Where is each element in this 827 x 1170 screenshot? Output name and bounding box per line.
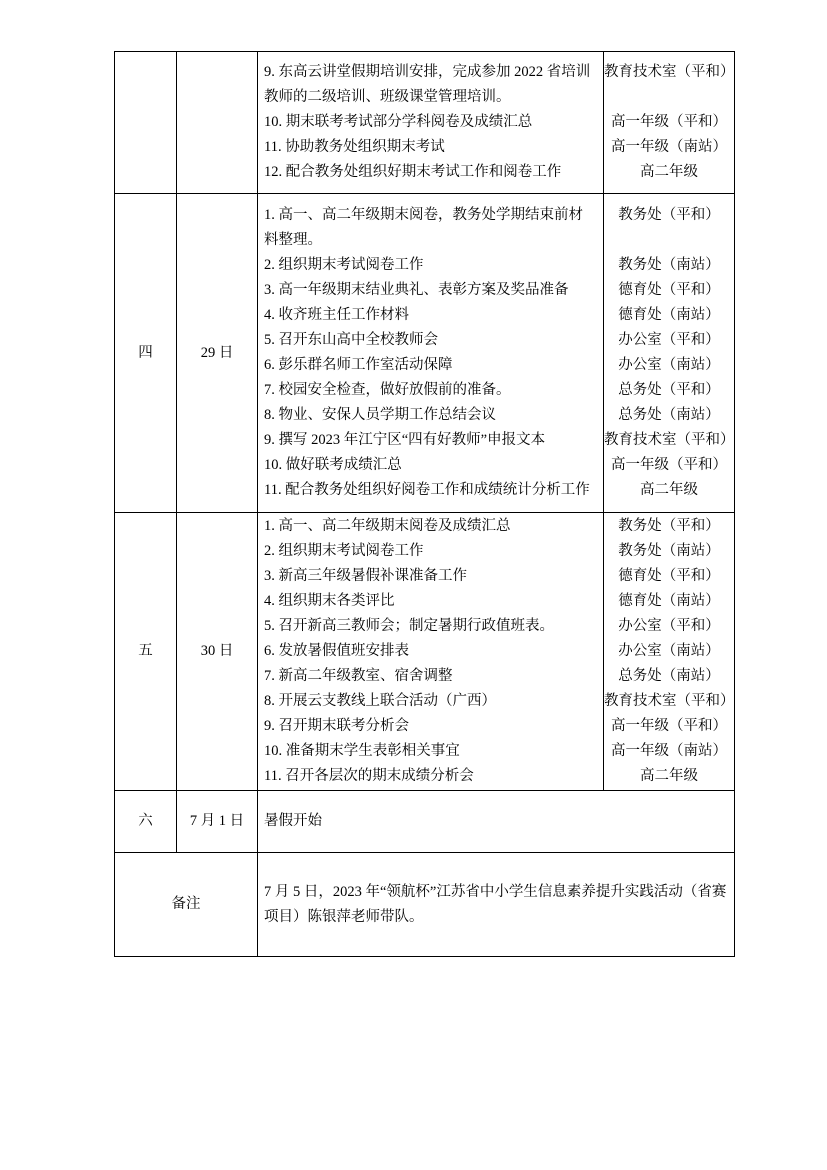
task-text: 11. 协助教务处组织期末考试 — [258, 135, 603, 160]
task-item: 1. 高一、高二年级期末阅卷及成绩汇总教务处（平和） — [258, 514, 734, 539]
department-text: 办公室（南站） — [604, 353, 734, 378]
task-text: 6. 彭乐群名师工作室活动保障 — [258, 353, 603, 378]
task-text: 9. 召开期末联考分析会 — [258, 714, 603, 739]
department-text: 教务处（南站） — [604, 253, 734, 278]
task-text: 7. 新高二年级教室、宿舍调整 — [258, 664, 603, 689]
task-item: 8. 开展云支教线上联合活动（广西）教育技术室（平和） — [258, 689, 734, 714]
task-text: 11. 召开各层次的期末成绩分析会 — [258, 764, 603, 789]
department-text: 高一年级（平和） — [604, 110, 734, 135]
task-text: 4. 收齐班主任工作材料 — [258, 303, 603, 328]
task-text: 8. 开展云支教线上联合活动（广西） — [258, 689, 603, 714]
department-text: 办公室（南站） — [604, 639, 734, 664]
task-list: 9. 东高云讲堂假期培训安排，完成参加 2022 省培训教师的二级培训、班级课堂… — [258, 52, 734, 193]
date-label: 7 月 1 日 — [190, 809, 244, 834]
table-row-remarks: 备注 7 月 5 日，2023 年“领航杯”江苏省中小学生信息素养提升实践活动（… — [115, 853, 734, 956]
department-text: 德育处（平和） — [604, 278, 734, 303]
task-text: 5. 召开东山高中全校教师会 — [258, 328, 603, 353]
department-text: 高一年级（平和） — [604, 453, 734, 478]
date-label: 30 日 — [201, 639, 234, 664]
task-text: 3. 新高三年级暑假补课准备工作 — [258, 564, 603, 589]
task-item: 8. 物业、安保人员学期工作总结会议总务处（南站） — [258, 403, 734, 428]
task-item: 2. 组织期末考试阅卷工作教务处（南站） — [258, 253, 734, 278]
task-text: 12. 配合教务处组织好期末考试工作和阅卷工作 — [258, 160, 603, 185]
task-text: 9. 东高云讲堂假期培训安排，完成参加 2022 省培训教师的二级培训、班级课堂… — [258, 60, 603, 110]
tasks-depts-cell: 9. 东高云讲堂假期培训安排，完成参加 2022 省培训教师的二级培训、班级课堂… — [258, 52, 734, 193]
work-schedule-table: 9. 东高云讲堂假期培训安排，完成参加 2022 省培训教师的二级培训、班级课堂… — [114, 51, 735, 957]
department-text: 教务处（南站） — [604, 539, 734, 564]
task-item: 7. 新高二年级教室、宿舍调整总务处（南站） — [258, 664, 734, 689]
document-page: 9. 东高云讲堂假期培训安排，完成参加 2022 省培训教师的二级培训、班级课堂… — [0, 0, 827, 1170]
department-text: 高一年级（南站） — [604, 739, 734, 764]
department-text: 教务处（平和） — [604, 514, 734, 539]
department-text: 高二年级 — [604, 764, 734, 789]
task-item: 3. 新高三年级暑假补课准备工作德育处（平和） — [258, 564, 734, 589]
remarks-label-cell: 备注 — [115, 853, 258, 956]
task-text: 2. 组织期末考试阅卷工作 — [258, 253, 603, 278]
vacation-start-text: 暑假开始 — [258, 791, 734, 852]
department-text: 德育处（南站） — [604, 589, 734, 614]
task-text: 5. 召开新高三教师会；制定暑期行政值班表。 — [258, 614, 603, 639]
task-text: 10. 做好联考成绩汇总 — [258, 453, 603, 478]
task-item: 11. 协助教务处组织期末考试高一年级（南站） — [258, 135, 734, 160]
table-row: 五 30 日 1. 高一、高二年级期末阅卷及成绩汇总教务处（平和）2. 组织期末… — [115, 513, 734, 791]
task-item: 3. 高一年级期末结业典礼、表彰方案及奖品准备德育处（平和） — [258, 278, 734, 303]
task-item: 9. 召开期末联考分析会高一年级（平和） — [258, 714, 734, 739]
task-list: 1. 高一、高二年级期末阅卷及成绩汇总教务处（平和）2. 组织期末考试阅卷工作教… — [258, 513, 734, 790]
task-item: 4. 组织期末各类评比德育处（南站） — [258, 589, 734, 614]
task-item: 10. 期末联考考试部分学科阅卷及成绩汇总高一年级（平和） — [258, 110, 734, 135]
department-text: 教育技术室（平和） — [604, 689, 734, 714]
task-text: 8. 物业、安保人员学期工作总结会议 — [258, 403, 603, 428]
day-label: 五 — [138, 639, 153, 664]
department-text: 教育技术室（平和） — [604, 428, 734, 453]
task-item: 11. 配合教务处组织好阅卷工作和成绩统计分析工作高二年级 — [258, 478, 734, 503]
task-item: 9. 东高云讲堂假期培训安排，完成参加 2022 省培训教师的二级培训、班级课堂… — [258, 60, 734, 110]
task-item: 5. 召开新高三教师会；制定暑期行政值班表。办公室（平和） — [258, 614, 734, 639]
day-cell — [115, 52, 177, 193]
department-text: 总务处（南站） — [604, 403, 734, 428]
task-item: 10. 做好联考成绩汇总高一年级（平和） — [258, 453, 734, 478]
tasks-depts-cell: 1. 高一、高二年级期末阅卷及成绩汇总教务处（平和）2. 组织期末考试阅卷工作教… — [258, 513, 734, 790]
date-label: 29 日 — [201, 341, 234, 366]
task-text: 2. 组织期末考试阅卷工作 — [258, 539, 603, 564]
remarks-label: 备注 — [172, 892, 201, 917]
department-text: 高二年级 — [604, 478, 734, 503]
task-text: 9. 撰写 2023 年江宁区“四有好教师”申报文本 — [258, 428, 603, 453]
day-cell: 六 — [115, 791, 177, 852]
task-text: 6. 发放暑假值班安排表 — [258, 639, 603, 664]
department-text: 高一年级（南站） — [604, 135, 734, 160]
task-item: 9. 撰写 2023 年江宁区“四有好教师”申报文本教育技术室（平和） — [258, 428, 734, 453]
department-text: 德育处（南站） — [604, 303, 734, 328]
task-text: 1. 高一、高二年级期末阅卷及成绩汇总 — [258, 514, 603, 539]
remarks-content-cell: 7 月 5 日，2023 年“领航杯”江苏省中小学生信息素养提升实践活动（省赛项… — [258, 853, 734, 956]
department-text: 办公室（平和） — [604, 614, 734, 639]
task-text: 1. 高一、高二年级期末阅卷，教务处学期结束前材料整理。 — [258, 203, 603, 253]
department-text: 教育技术室（平和） — [604, 60, 734, 110]
task-text: 11. 配合教务处组织好阅卷工作和成绩统计分析工作 — [258, 478, 603, 503]
remarks-text: 7 月 5 日，2023 年“领航杯”江苏省中小学生信息素养提升实践活动（省赛项… — [258, 853, 734, 956]
table-row: 六 7 月 1 日 暑假开始 — [115, 791, 734, 853]
department-text: 办公室（平和） — [604, 328, 734, 353]
task-item: 6. 发放暑假值班安排表办公室（南站） — [258, 639, 734, 664]
task-text: 10. 准备期末学生表彰相关事宜 — [258, 739, 603, 764]
day-cell: 五 — [115, 513, 177, 790]
task-text: 7. 校园安全检查，做好放假前的准备。 — [258, 378, 603, 403]
date-cell: 29 日 — [177, 194, 258, 512]
department-text: 高二年级 — [604, 160, 734, 185]
department-text: 高一年级（平和） — [604, 714, 734, 739]
table-row: 四 29 日 1. 高一、高二年级期末阅卷，教务处学期结束前材料整理。教务处（平… — [115, 194, 734, 513]
department-text: 德育处（平和） — [604, 564, 734, 589]
date-cell: 30 日 — [177, 513, 258, 790]
department-text: 总务处（南站） — [604, 664, 734, 689]
task-item: 5. 召开东山高中全校教师会办公室（平和） — [258, 328, 734, 353]
task-item: 10. 准备期末学生表彰相关事宜高一年级（南站） — [258, 739, 734, 764]
task-item: 6. 彭乐群名师工作室活动保障办公室（南站） — [258, 353, 734, 378]
merged-content-cell: 暑假开始 — [258, 791, 734, 852]
task-item: 7. 校园安全检查，做好放假前的准备。总务处（平和） — [258, 378, 734, 403]
task-text: 4. 组织期末各类评比 — [258, 589, 603, 614]
task-text: 3. 高一年级期末结业典礼、表彰方案及奖品准备 — [258, 278, 603, 303]
task-item: 11. 召开各层次的期末成绩分析会高二年级 — [258, 764, 734, 789]
day-label: 六 — [138, 809, 153, 834]
task-text: 10. 期末联考考试部分学科阅卷及成绩汇总 — [258, 110, 603, 135]
day-label: 四 — [138, 341, 153, 366]
task-item: 12. 配合教务处组织好期末考试工作和阅卷工作高二年级 — [258, 160, 734, 185]
task-item: 1. 高一、高二年级期末阅卷，教务处学期结束前材料整理。教务处（平和） — [258, 203, 734, 253]
tasks-depts-cell: 1. 高一、高二年级期末阅卷，教务处学期结束前材料整理。教务处（平和）2. 组织… — [258, 194, 734, 512]
date-cell — [177, 52, 258, 193]
task-item: 2. 组织期末考试阅卷工作教务处（南站） — [258, 539, 734, 564]
task-list: 1. 高一、高二年级期末阅卷，教务处学期结束前材料整理。教务处（平和）2. 组织… — [258, 194, 734, 512]
department-text: 总务处（平和） — [604, 378, 734, 403]
department-text: 教务处（平和） — [604, 203, 734, 253]
table-row: 9. 东高云讲堂假期培训安排，完成参加 2022 省培训教师的二级培训、班级课堂… — [115, 52, 734, 194]
task-item: 4. 收齐班主任工作材料德育处（南站） — [258, 303, 734, 328]
date-cell: 7 月 1 日 — [177, 791, 258, 852]
day-cell: 四 — [115, 194, 177, 512]
